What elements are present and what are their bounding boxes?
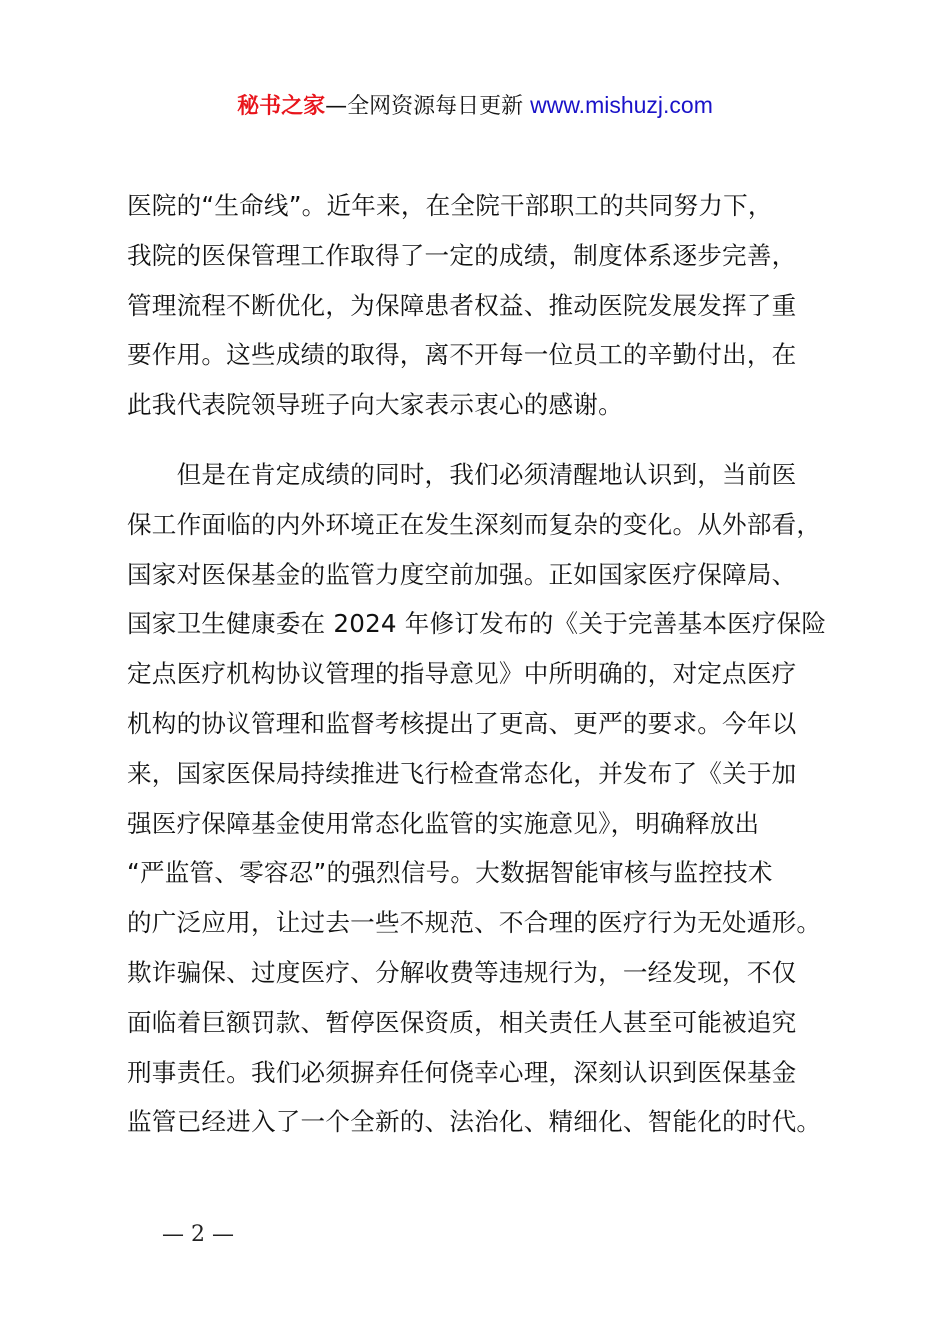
text-line: 要作用。这些成绩的取得，离不开每一位员工的辛勤付出，在 xyxy=(127,330,847,380)
text-line: 刑事责任。我们必须摒弃任何侥幸心理，深刻认识到医保基金 xyxy=(127,1048,847,1098)
tagline: —全网资源每日更新 xyxy=(325,94,530,119)
text-line: 面临着巨额罚款、暂停医保资质，相关责任人甚至可能被追究 xyxy=(127,998,847,1048)
text-line: “严监管、零容忍”的强烈信号。大数据智能审核与监控技术 xyxy=(127,848,847,898)
paragraph-2: 但是在肯定成绩的同时，我们必须清醒地认识到，当前医 保工作面临的内外环境正在发生… xyxy=(127,450,847,1147)
text-line: 监管已经进入了一个全新的、法治化、精细化、智能化的时代。 xyxy=(127,1097,847,1147)
text-line: 此我代表院领导班子向大家表示衷心的感谢。 xyxy=(127,380,847,430)
document-body: 医院的“生命线”。近年来，在全院干部职工的共同努力下， 我院的医保管理工作取得了… xyxy=(127,181,847,1147)
text-line: 定点医疗机构协议管理的指导意见》中所明确的，对定点医疗 xyxy=(127,649,847,699)
text-line: 我院的医保管理工作取得了一定的成绩，制度体系逐步完善， xyxy=(127,231,847,281)
text-line: 的广泛应用，让过去一些不规范、不合理的医疗行为无处遁形。 xyxy=(127,898,847,948)
page-number: — 2 — xyxy=(162,1222,234,1247)
text-line: 欺诈骗保、过度医疗、分解收费等违规行为，一经发现，不仅 xyxy=(127,948,847,998)
text-line: 来，国家医保局持续推进飞行检查常态化，并发布了《关于加 xyxy=(127,749,847,799)
paragraph-1: 医院的“生命线”。近年来，在全院干部职工的共同努力下， 我院的医保管理工作取得了… xyxy=(127,181,847,430)
text-line: 机构的协议管理和监督考核提出了更高、更严的要求。今年以 xyxy=(127,699,847,749)
site-header: 秘书之家—全网资源每日更新 www.mishuzj.com xyxy=(0,88,950,124)
text-line: 国家卫生健康委在 2024 年修订发布的《关于完善基本医疗保险 xyxy=(127,599,847,649)
site-url-link[interactable]: www.mishuzj.com xyxy=(530,92,713,118)
brand-name: 秘书之家 xyxy=(237,94,325,119)
text-line: 保工作面临的内外环境正在发生深刻而复杂的变化。从外部看， xyxy=(127,500,847,550)
text-line: 强医疗保障基金使用常态化监管的实施意见》，明确释放出 xyxy=(127,799,847,849)
text-line: 但是在肯定成绩的同时，我们必须清醒地认识到，当前医 xyxy=(127,450,847,500)
paragraph-spacer xyxy=(127,430,847,450)
text-line: 国家对医保基金的监管力度空前加强。正如国家医疗保障局、 xyxy=(127,550,847,600)
text-line: 医院的“生命线”。近年来，在全院干部职工的共同努力下， xyxy=(127,181,847,231)
text-line: 管理流程不断优化，为保障患者权益、推动医院发展发挥了重 xyxy=(127,281,847,331)
